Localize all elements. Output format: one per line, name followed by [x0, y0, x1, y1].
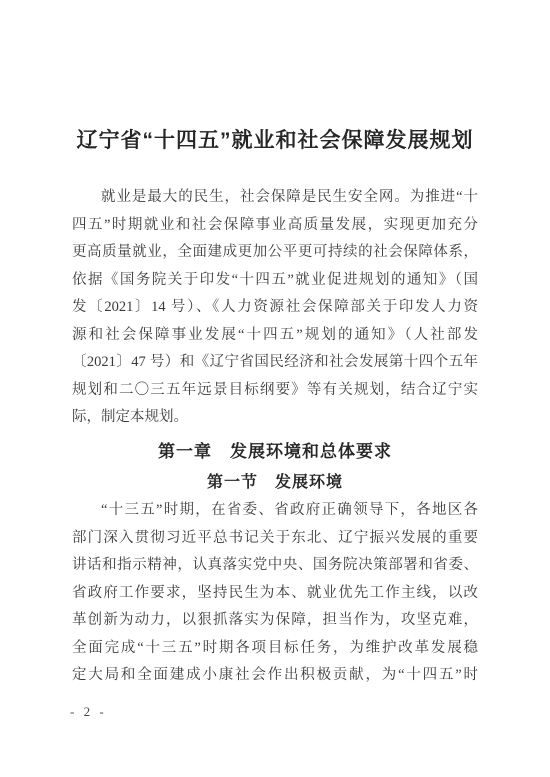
text-line: 际，制定本规划。 — [72, 404, 478, 432]
text-line: 定大局和全面建成小康社会作出积极贡献，为“十四五”时 — [72, 662, 478, 690]
body-paragraph: “十三五”时期，在省委、省政府正确领导下，各地区各 部门深入贯彻习近平总书记关于… — [72, 497, 478, 690]
document-title: 辽宁省“十四五”就业和社会保障发展规划 — [36, 124, 514, 154]
text-line: 就业是最大的民生，社会保障是民生安全网。为推进“十 — [72, 184, 478, 212]
text-line: 源和社会保障事业发展“十四五”规划的通知》（人社部发 — [72, 322, 478, 350]
text-line: “十三五”时期，在省委、省政府正确领导下，各地区各 — [72, 497, 478, 525]
text-line: 〔2021〕47 号）和《辽宁省国民经济和社会发展第十四个五年 — [72, 349, 478, 377]
text-line: 讲话和指示精神，认真落实党中央、国务院决策部署和省委、 — [72, 552, 478, 580]
chapter-heading: 第一章 发展环境和总体要求 — [0, 437, 550, 462]
text-line: 规划和二〇三五年远景目标纲要》等有关规划，结合辽宁实 — [72, 377, 478, 405]
document-page: 辽宁省“十四五”就业和社会保障发展规划 就业是最大的民生，社会保障是民生安全网。… — [0, 0, 550, 777]
text-line: 依据《国务院关于印发“十四五”就业促进规划的通知》（国 — [72, 267, 478, 295]
text-line: 发〔2021〕14 号）、《人力资源社会保障部关于印发人力资 — [72, 294, 478, 322]
text-line: 省政府工作要求，坚持民生为本、就业优先工作主线，以改 — [72, 580, 478, 608]
page-number: - 2 - — [70, 704, 107, 720]
text-line: 四五”时期就业和社会保障事业高质量发展，实现更加充分 — [72, 212, 478, 240]
text-line: 更高质量就业，全面建成更加公平更可持续的社会保障体系， — [72, 239, 478, 267]
intro-paragraph: 就业是最大的民生，社会保障是民生安全网。为推进“十 四五”时期就业和社会保障事业… — [72, 184, 478, 432]
text-line: 部门深入贯彻习近平总书记关于东北、辽宁振兴发展的重要 — [72, 525, 478, 553]
text-line: 全面完成“十三五”时期各项目标任务，为维护改革发展稳 — [72, 635, 478, 663]
text-line: 革创新为动力，以狠抓落实为保障，担当作为，攻坚克难， — [72, 607, 478, 635]
section-heading: 第一节 发展环境 — [0, 469, 550, 492]
